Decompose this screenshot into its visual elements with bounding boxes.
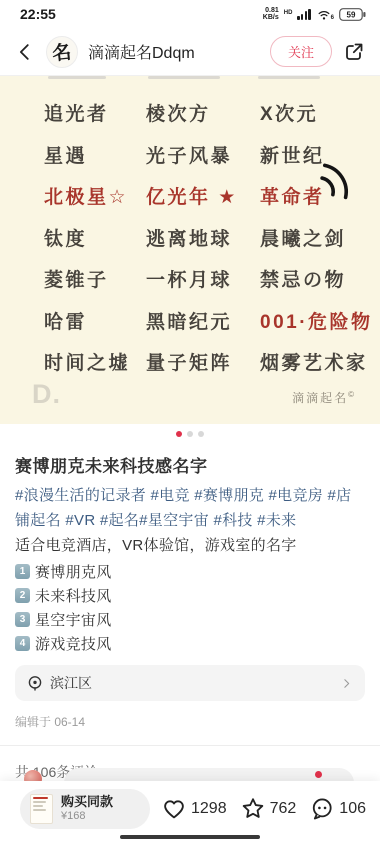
- status-bar: 22:55 0.81 KB/s HD 6 59: [0, 0, 380, 28]
- list-item-label: 未来科技风: [35, 585, 112, 606]
- comment-action[interactable]: 106: [309, 796, 366, 822]
- product-thumbnail: [30, 794, 53, 824]
- name-cell: 时间之墟: [44, 341, 146, 383]
- cutoff-text-remnant: [148, 76, 220, 79]
- wifi-icon: 6: [316, 8, 334, 21]
- back-icon[interactable]: [14, 41, 36, 63]
- battery-percent: 59: [347, 10, 356, 19]
- app-screen: 22:55 0.81 KB/s HD 6 59: [0, 0, 380, 845]
- watermark-brand: 滴滴起名: [292, 391, 348, 405]
- name-cell: 棱次方: [146, 92, 260, 134]
- name-cell: 一杯月球: [146, 258, 260, 300]
- name-cell: 黑暗纪元: [146, 300, 260, 342]
- list-item-label: 游戏竞技风: [35, 633, 112, 654]
- list-item: 3 星空宇宙风: [15, 607, 365, 631]
- watermark-copyright: ©: [348, 390, 356, 399]
- home-indicator[interactable]: [120, 835, 260, 840]
- note-header: 名 滴滴起名Ddqm 关注: [0, 28, 380, 76]
- post-body: 适合电竞酒店，VR体验馆，游戏室的名字: [15, 533, 365, 558]
- heart-icon[interactable]: [161, 796, 187, 822]
- clock: 22:55: [20, 6, 56, 22]
- name-cell: 哈雷: [44, 300, 146, 342]
- post-title: 赛博朋克未来科技感名字: [15, 452, 365, 477]
- comment-count: 106: [339, 800, 366, 818]
- cutoff-text-remnant: [48, 76, 106, 79]
- style-list: 1 赛博朋克风 2 未来科技风 3 星空宇宙风 4 游戏竞技风: [15, 559, 365, 655]
- post-tags[interactable]: #浪漫生活的记录者 #电竞 #赛博朋克 #电竞房 #店铺起名 #VR #起名#星…: [15, 483, 365, 533]
- share-icon[interactable]: [342, 40, 366, 64]
- username[interactable]: 滴滴起名Ddqm: [88, 40, 260, 63]
- wifi-number: 6: [331, 15, 334, 21]
- status-indicators: 0.81 KB/s HD 6 59: [263, 7, 366, 21]
- name-cell: 禁忌の物: [260, 258, 373, 300]
- engagement-actions: 1298 762 106: [150, 796, 366, 822]
- post-content: 赛博朋克未来科技感名字 #浪漫生活的记录者 #电竞 #赛博朋克 #电竞房 #店铺…: [0, 452, 380, 655]
- carousel-dot: [187, 431, 193, 437]
- name-cell: 钛度: [44, 217, 146, 259]
- cutoff-text-remnant: [258, 76, 320, 79]
- number-badge: 4: [15, 636, 30, 651]
- like-action[interactable]: 1298: [161, 796, 227, 822]
- cellular-signal-icon: [297, 9, 310, 20]
- name-cell-red: 北极星☆: [44, 175, 146, 217]
- collect-action[interactable]: 762: [240, 796, 297, 822]
- buy-label: 购买同款: [61, 794, 113, 809]
- name-cell: 逃离地球: [146, 217, 260, 259]
- battery-icon: 59: [339, 8, 366, 21]
- name-cell: 晨曦之剑: [260, 217, 373, 259]
- carousel-dot: [198, 431, 204, 437]
- follow-button[interactable]: 关注: [270, 36, 332, 67]
- list-item-label: 赛博朋克风: [35, 561, 112, 582]
- chevron-right-icon: [340, 677, 353, 690]
- name-grid: 追光者 棱次方 X次元 星遇 光子风暴 新世纪 北极星☆ 亿光年 ★ 革命者 钛…: [0, 76, 380, 383]
- network-speed-value: 0.81: [265, 7, 279, 14]
- carousel-dot-active: [176, 431, 182, 437]
- avatar[interactable]: 名: [46, 36, 78, 68]
- name-cell: 星遇: [44, 134, 146, 176]
- location-pin-icon: [27, 675, 43, 691]
- number-badge: 3: [15, 612, 30, 627]
- list-item-label: 星空宇宙风: [35, 609, 112, 630]
- like-count: 1298: [191, 800, 227, 818]
- network-speed: 0.81 KB/s: [263, 7, 279, 21]
- list-item: 4 游戏竞技风: [15, 631, 365, 655]
- collect-count: 762: [270, 800, 297, 818]
- buy-same-button[interactable]: 购买同款 ¥168: [20, 789, 150, 829]
- watermark-logo: D.: [32, 379, 61, 410]
- carousel-dots: [0, 424, 380, 444]
- bottom-action-bar: 购买同款 ¥168 1298 762: [0, 781, 380, 845]
- note-image[interactable]: 追光者 棱次方 X次元 星遇 光子风暴 新世纪 北极星☆ 亿光年 ★ 革命者 钛…: [0, 76, 380, 424]
- avatar-glyph: 名: [51, 37, 73, 66]
- name-cell: 烟雾艺术家: [260, 341, 373, 383]
- star-icon[interactable]: [240, 796, 266, 822]
- comment-bubble-icon[interactable]: [309, 796, 335, 822]
- buy-texts: 购买同款 ¥168: [61, 794, 113, 824]
- buy-price: ¥168: [61, 809, 113, 824]
- location-pill[interactable]: 滨江区: [15, 665, 365, 701]
- red-packet-dot: [315, 771, 322, 778]
- signal-arcs-decoration: [310, 154, 362, 206]
- edited-timestamp: 编辑于 06-14: [0, 701, 380, 730]
- name-cell-red: 亿光年 ★: [146, 175, 260, 217]
- name-cell: 量子矩阵: [146, 341, 260, 383]
- name-cell: X次元: [260, 92, 373, 134]
- network-speed-unit: KB/s: [263, 14, 279, 21]
- name-cell: 追光者: [44, 92, 146, 134]
- number-badge: 2: [15, 588, 30, 603]
- number-badge: 1: [15, 564, 30, 579]
- watermark-text: 滴滴起名©: [292, 389, 356, 406]
- name-cell: 菱锥子: [44, 258, 146, 300]
- list-item: 1 赛博朋克风: [15, 559, 365, 583]
- hd-indicator: HD: [284, 10, 293, 16]
- name-cell-red: 001·危险物: [260, 300, 373, 342]
- list-item: 2 未来科技风: [15, 583, 365, 607]
- location-label: 滨江区: [50, 673, 333, 693]
- name-cell: 光子风暴: [146, 134, 260, 176]
